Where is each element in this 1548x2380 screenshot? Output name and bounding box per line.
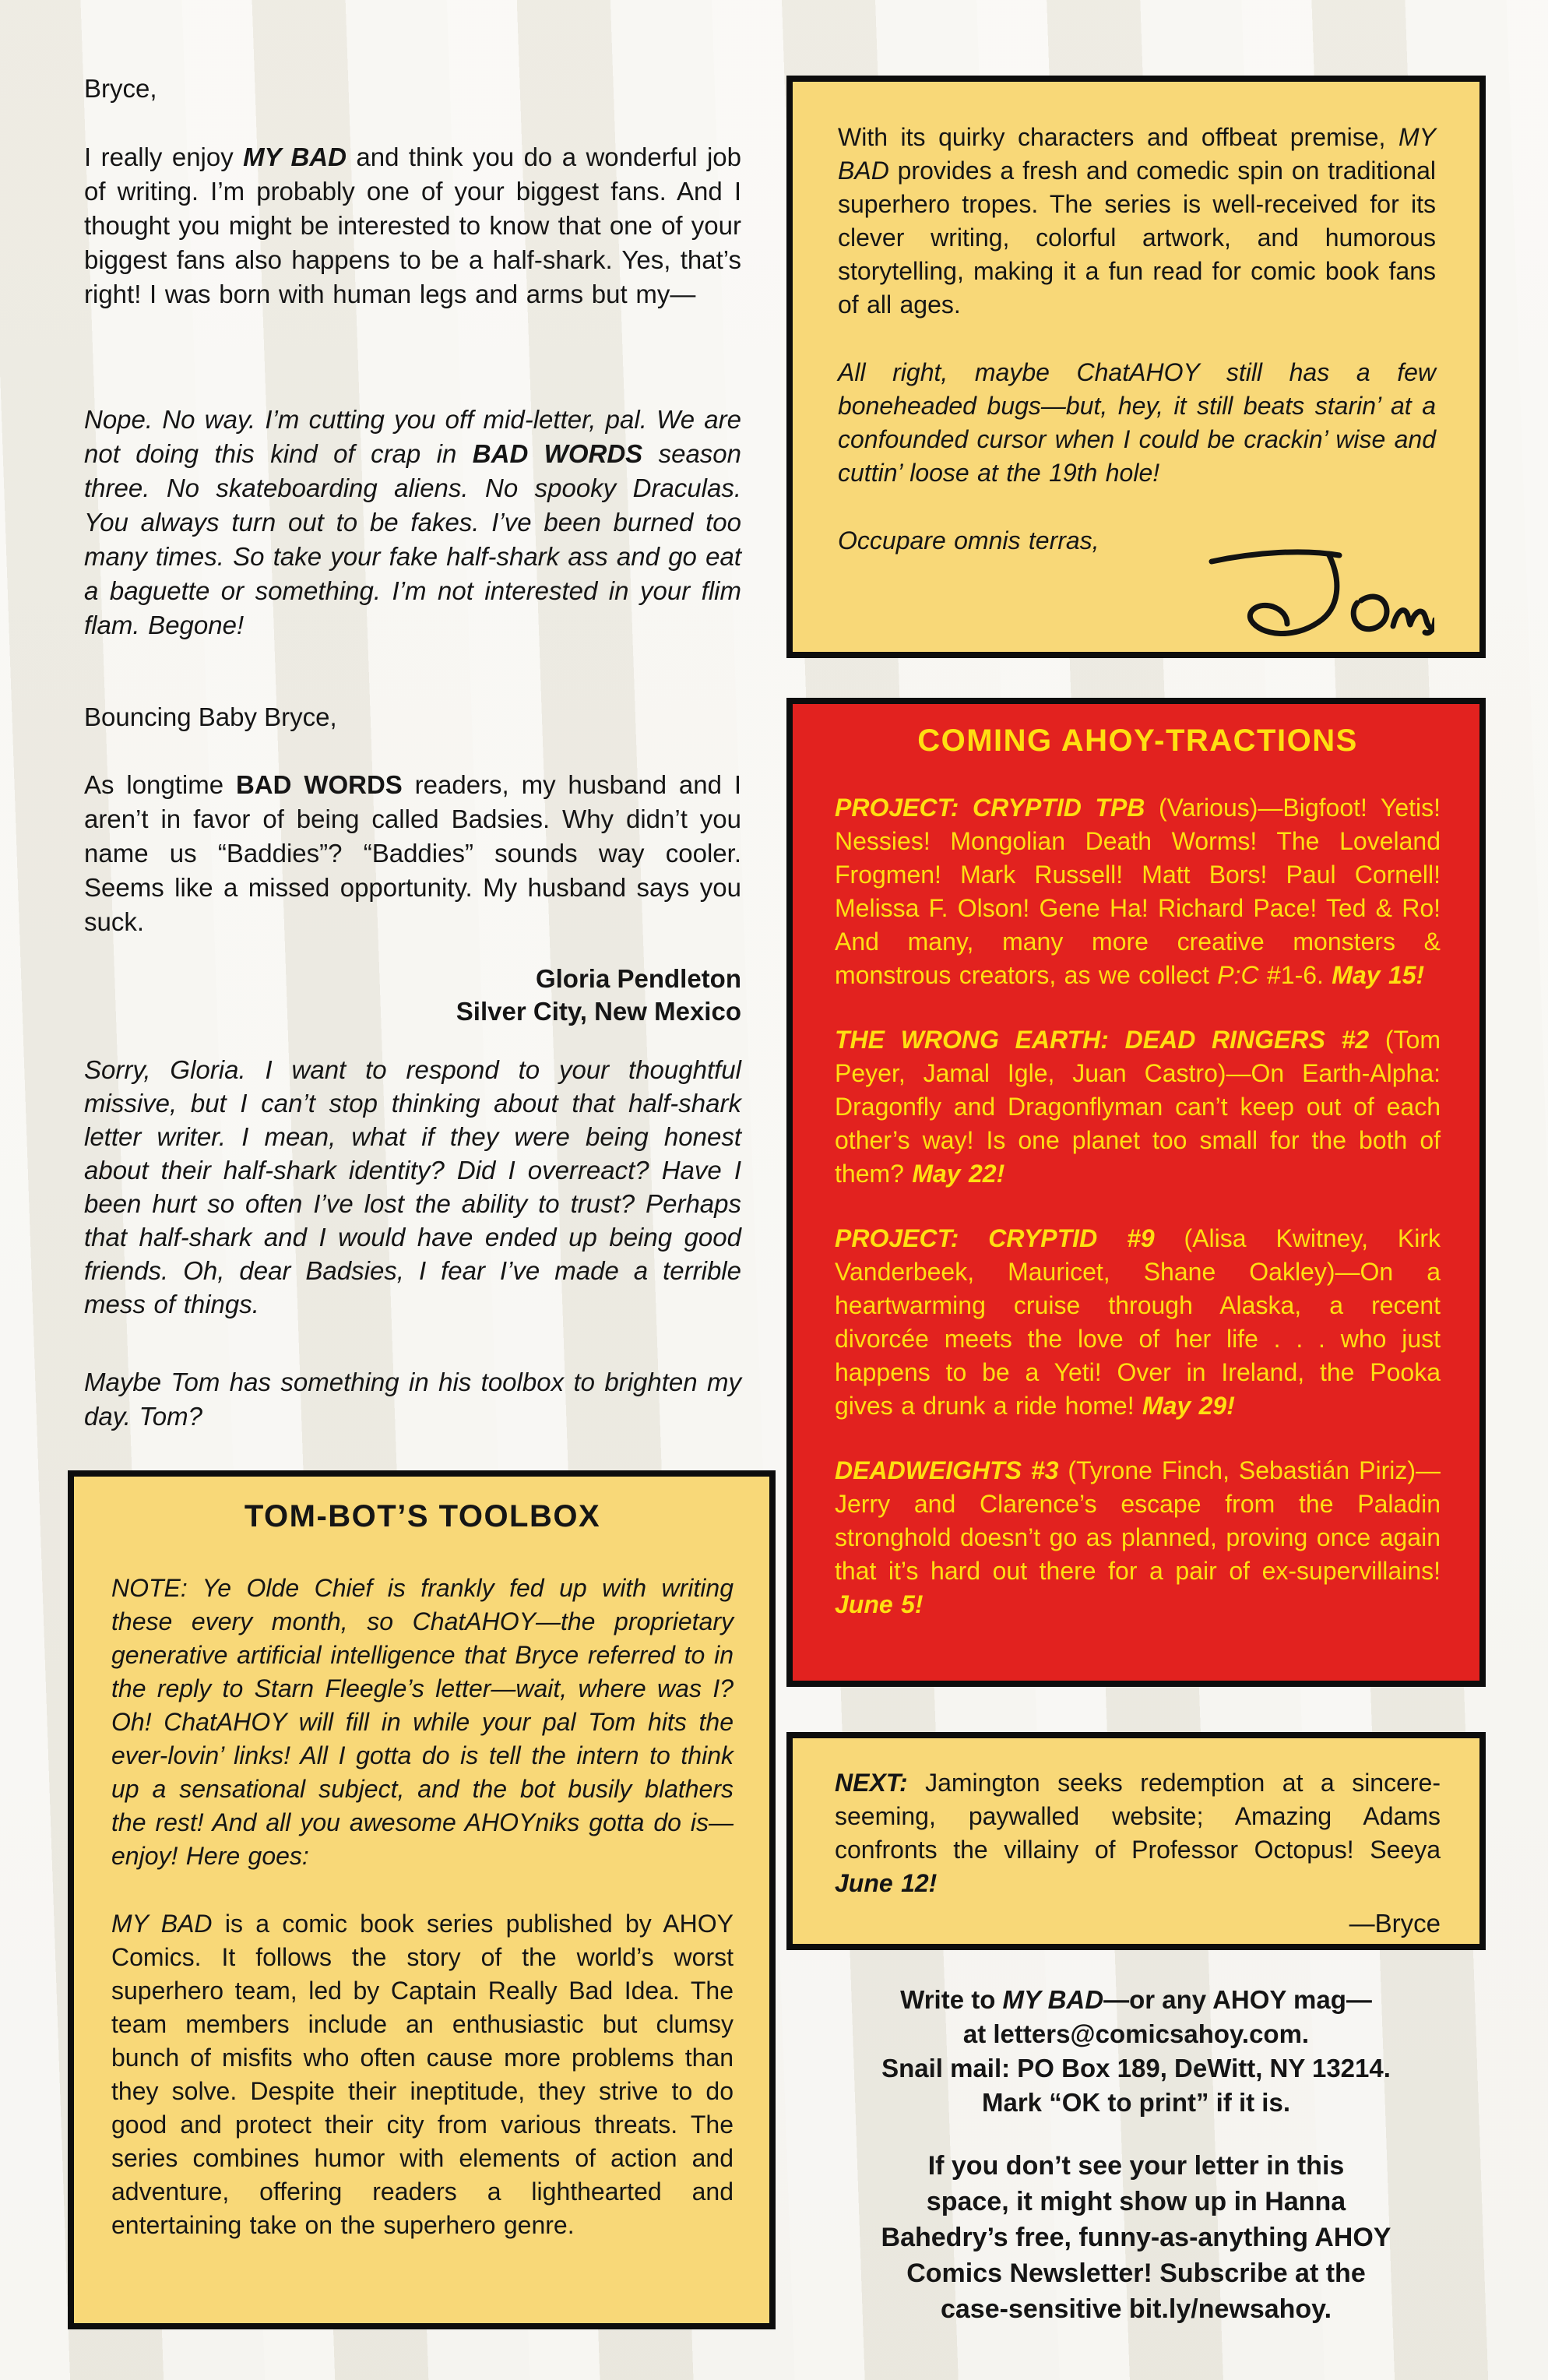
coming-panel: COMING AHOY-TRACTIONS PROJECT: CRYPTID T…	[786, 698, 1486, 1687]
coming-item-project-cryptid-9: PROJECT: CRYPTID #9 (Alisa Kwitney, Kirk…	[835, 1222, 1441, 1423]
letter1-body: I really enjoy MY BAD and think you do a…	[84, 140, 741, 312]
coming-item-wrong-earth-dead-ringers-2: THE WRONG EARTH: DEAD RINGERS #2 (Tom Pe…	[835, 1023, 1441, 1191]
coming-item-project-cryptid-tpb: PROJECT: CRYPTID TPB (Various)—Bigfoot! …	[835, 791, 1441, 992]
toolbox-note: NOTE: Ye Olde Chief is frankly fed up wi…	[111, 1572, 734, 1873]
editor-reply-1: Nope. No way. I’m cutting you off mid-le…	[84, 403, 741, 643]
newsletter-block: If you don’t see your letter in this spa…	[786, 2148, 1486, 2327]
coming-item-deadweights-3: DEADWEIGHTS #3 (Tyrone Finch, Sebastián …	[835, 1454, 1441, 1621]
intro-paragraph: With its quirky characters and offbeat p…	[838, 121, 1436, 322]
editor-reply-2: Sorry, Gloria. I want to respond to your…	[84, 1053, 741, 1321]
chatahoy-paragraph: All right, maybe ChatAHOY still has a fe…	[838, 356, 1436, 490]
toolbox-body: MY BAD is a comic book series published …	[111, 1907, 734, 2242]
letter1-salutation: Bryce,	[84, 72, 741, 106]
letters-page: Bryce, I really enjoy MY BAD and think y…	[0, 0, 1548, 2380]
tom-signature	[1201, 532, 1434, 649]
toolbox-panel: TOM-BOT’S TOOLBOX NOTE: Ye Olde Chief is…	[68, 1470, 776, 2329]
write-to-block: Write to MY BAD—or any AHOY mag— at lett…	[786, 1983, 1486, 2120]
next-body: NEXT: Jamington seeks redemption at a si…	[835, 1766, 1441, 1900]
letter2-body: As longtime BAD WORDS readers, my husban…	[84, 768, 741, 939]
letter2-salutation: Bouncing Baby Bryce,	[84, 700, 741, 734]
editor-reply-3: Maybe Tom has something in his toolbox t…	[84, 1365, 741, 1434]
letter2-signature: Gloria Pendleton Silver City, New Mexico	[84, 963, 741, 1028]
toolbox-title: TOM-BOT’S TOOLBOX	[111, 1498, 734, 1534]
coming-title: COMING AHOY-TRACTIONS	[835, 723, 1441, 759]
next-signoff: —Bryce	[835, 1906, 1441, 1941]
intro-panel: With its quirky characters and offbeat p…	[786, 76, 1486, 658]
next-panel: NEXT: Jamington seeks redemption at a si…	[786, 1732, 1486, 1950]
